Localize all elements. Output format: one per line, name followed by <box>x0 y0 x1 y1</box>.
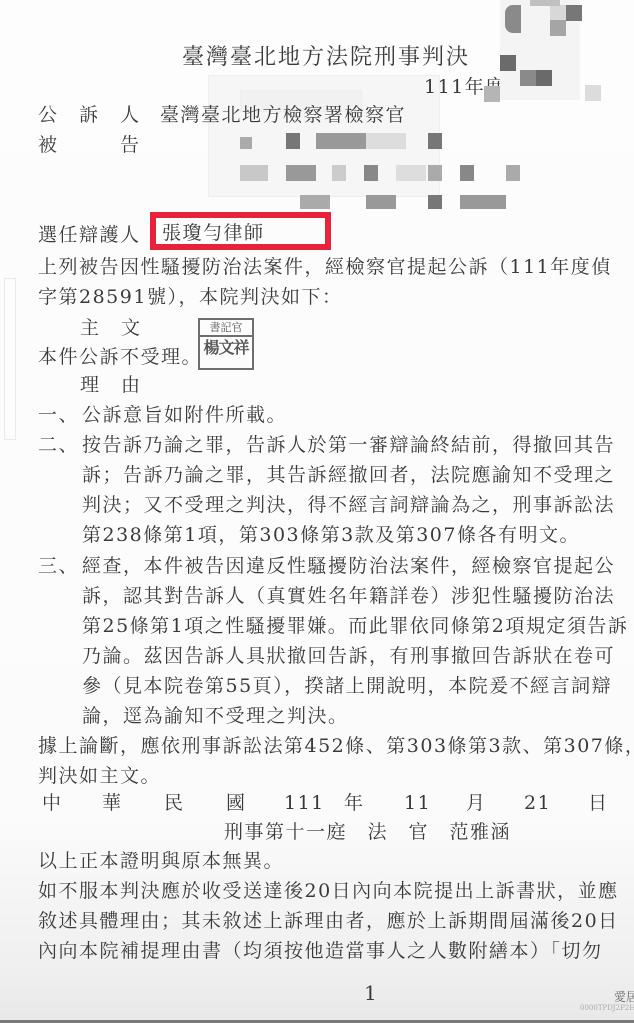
reason-3-line-3: 第25條第1項之性騷擾罪嫌。而此罪依同條第2項規定須告訴 <box>82 611 628 641</box>
intro-line-1: 上列被告因性騷擾防治法案件，經檢察官提起公訴（111年度偵 <box>38 252 612 282</box>
reason-2-line-2: 訴；告訴乃論之罪，其告訴經撤回者，法院應諭知不受理之 <box>82 460 615 490</box>
date-year: 111 <box>284 788 325 818</box>
prosecutor-value: 臺灣臺北地方檢察署檢察官 <box>160 100 406 130</box>
main-text: 本件公訴不受理。 <box>38 342 202 372</box>
defense-counsel-name: 張瓊勻律師 <box>162 218 265 248</box>
reason-heading: 理 由 <box>80 370 142 400</box>
main-heading: 主 文 <box>80 313 142 343</box>
reason-3-number: 三、 <box>38 551 79 581</box>
reason-1-number: 一、 <box>38 400 79 430</box>
reason-2-number: 二、 <box>38 430 79 460</box>
page-number: 1 <box>364 981 377 1005</box>
date-part: 國 <box>226 788 247 818</box>
conclusion-line-1: 據上論斷，應依刑事訴訟法第452條、第303條第3款、第307條， <box>38 731 634 761</box>
reason-3-line-5: 參（見本院卷第55頁），揆諸上開說明，本院爰不經言詞辯 <box>82 671 612 701</box>
appeal-line-1: 如不服本判決應於收受送達後20日內向本院提出上訴書狀，並應 <box>38 876 619 906</box>
conclusion-line-2: 判決如主文。 <box>38 761 161 791</box>
defense-label: 選任辯護人 <box>38 220 141 250</box>
appeal-line-2: 敘述具體理由；其未敘述上訴理由者，應於上訴期間屆滿後20日 <box>38 906 619 936</box>
appeal-line-3: 內向本院補提理由書（均須按他造當事人之人數附繕本）「切勿 <box>38 936 603 966</box>
certification: 以上正本證明與原本無異。 <box>38 846 284 876</box>
date-part: 中 <box>42 788 63 818</box>
date-part: 華 <box>102 788 123 818</box>
intro-line-2: 字第28591號），本院判決如下： <box>38 282 342 312</box>
judge-line: 刑事第十一庭 法 官 范雅涵 <box>224 817 511 847</box>
date-month: 11 <box>404 788 431 818</box>
clerk-stamp: 書記官 楊文祥 <box>198 318 254 370</box>
date-part: 民 <box>164 788 185 818</box>
reason-2-line-3: 判決；又不受理之判決，得不經言詞辯論為之，刑事訴訟法 <box>82 490 615 520</box>
date-day: 21 <box>524 788 551 818</box>
reason-3-line-6: 論，逕為諭知不受理之判決。 <box>82 701 349 731</box>
left-edge-mark <box>4 278 16 440</box>
footer-code: 0000TPDJ2P2H0 <box>580 1004 634 1012</box>
defendant-label: 被 告 <box>38 130 141 160</box>
clerk-stamp-title: 書記官 <box>200 320 252 337</box>
reason-3-line-1: 經查，本件被告因違反性騷擾防治法案件，經檢察官提起公 <box>82 551 615 581</box>
date-part: 月 <box>466 788 487 818</box>
reason-3-line-4: 乃論。茲因告訴人具狀撤回告訴，有刑事撤回告訴狀在卷可 <box>82 641 615 671</box>
reason-2-line-4: 第238條第1項，第303條第3款及第307條各有明文。 <box>82 520 580 550</box>
reason-3-line-2: 訴，認其對告訴人（真實姓名年籍詳卷）涉犯性騷擾防治法 <box>82 581 615 611</box>
reason-1-line-1: 公訴意旨如附件所載。 <box>82 400 287 430</box>
prosecutor-label: 公 訴 人 <box>38 100 141 130</box>
reason-2-line-1: 按告訴乃論之罪，告訴人於第一審辯論終結前，得撤回其告 <box>82 430 615 460</box>
date-part: 年 <box>344 788 365 818</box>
footer-tag: 愛居 <box>614 988 634 1005</box>
date-part: 日 <box>588 788 609 818</box>
document-title: 臺灣臺北地方法院刑事判決 <box>182 40 470 71</box>
clerk-stamp-name: 楊文祥 <box>200 337 252 359</box>
